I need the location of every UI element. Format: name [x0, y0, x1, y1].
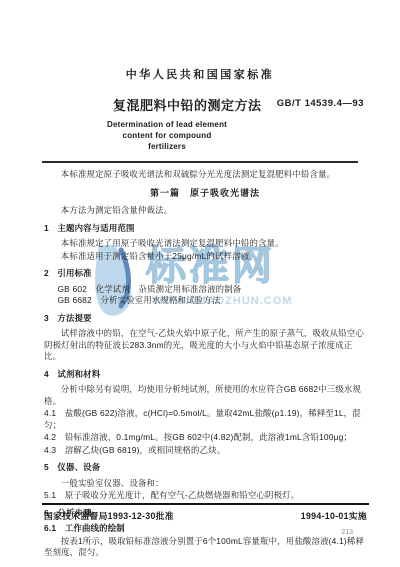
- section4-heading: 4 试剂和材料: [44, 369, 366, 381]
- section2-reference1: GB 602 化学试剂 杂质测定用标准溶液的制备: [44, 284, 366, 296]
- clause-4-3: 4.3 溶解乙炔(GB 6819)，或相同规格的乙炔。: [44, 445, 366, 457]
- document-title-en: Determination of lead element content fo…: [0, 119, 367, 152]
- part1-heading: 第一篇 原子吸收光谱法: [44, 188, 366, 200]
- approval-text: 国家技术监督局1993-12-30批准: [44, 509, 174, 522]
- document-body: 本标准规定原子吸收光谱法和双硫腙分光光度法测定复混肥料中铅含量。 第一篇 原子吸…: [0, 163, 400, 559]
- standard-code: GB/T 14539.4—93: [277, 98, 364, 109]
- document-title-cn: 复混肥料中铅的测定方法: [113, 95, 262, 114]
- clause-4-1: 4.1 盐酸(GB 622)溶液，c(HCl)=0.5mol/L。量取42mL盐…: [44, 408, 366, 431]
- footer-rule: [42, 503, 369, 505]
- document-footer: 国家技术监督局1993-12-30批准 1994-10-01实施: [44, 509, 367, 522]
- clause-5-1: 5.1 原子吸收分光光度计，配有空气-乙炔燃烧器和铅空心阴极灯。: [44, 490, 366, 502]
- clause-6-1-heading: 6.1 工作曲线的绘制: [44, 523, 366, 535]
- section1-heading: 1 主题内容与适用范围: [44, 223, 366, 235]
- clause-4-2: 4.2 铅标准溶液，0.1mg/mL。按GB 602中(4.82)配制，此溶液1…: [44, 432, 366, 444]
- national-standard-line: 中华人民共和国国家标准: [0, 66, 400, 82]
- title-row: 复混肥料中铅的测定方法 GB/T 14539.4—93: [0, 95, 400, 112]
- clause-6-1-paragraph1: 按表1所示，吸取铅标准溶液分别置于6个100mL容量瓶中，用盐酸溶液(4.1)稀…: [44, 536, 366, 559]
- intro-paragraph: 本标准规定原子吸收光谱法和双硫腙分光光度法测定复混肥料中铅含量。: [44, 169, 366, 181]
- section4-paragraph1: 分析中除另有说明，均使用分析纯试剂，所使用的水应符合GB 6682中三级水规格。: [44, 384, 366, 407]
- document-header: 中华人民共和国国家标准 复混肥料中铅的测定方法 GB/T 14539.4—93 …: [0, 0, 400, 163]
- section3-paragraph1: 试样溶液中的铅，在空气-乙炔火焰中原子化，所产生的原子蒸气，吸收从铅空心阴极灯射…: [44, 328, 366, 363]
- document-page: 标准网 WWW.iBIAOZHUN.COM 中华人民共和国国家标准 复混肥料中铅…: [0, 0, 400, 567]
- section2-heading: 2 引用标准: [44, 268, 366, 280]
- section5-paragraph1: 一般实验室仪器、设备和：: [44, 478, 366, 490]
- title-en-line1: Determination of lead element: [0, 119, 367, 130]
- section2-reference2: GB 6682 分析实验室用水规格和试验方法: [44, 295, 366, 307]
- part1-note: 本方法为测定铅含量仲裁法。: [44, 205, 366, 217]
- section5-heading: 5 仪器、设备: [44, 462, 366, 474]
- implementation-text: 1994-10-01实施: [301, 509, 367, 522]
- section1-paragraph1: 本标准规定了用原子吸收光谱法测定复混肥料中铅的含量。: [44, 238, 366, 250]
- section3-heading: 3 方法提要: [44, 313, 366, 325]
- section1-paragraph2: 本标准适用于测定铅含量小于25μg/mL的试样溶液。: [44, 251, 366, 263]
- page-number: 213: [341, 529, 353, 536]
- title-en-line2: content for compound: [0, 130, 367, 141]
- title-en-line3: fertilizers: [0, 141, 367, 152]
